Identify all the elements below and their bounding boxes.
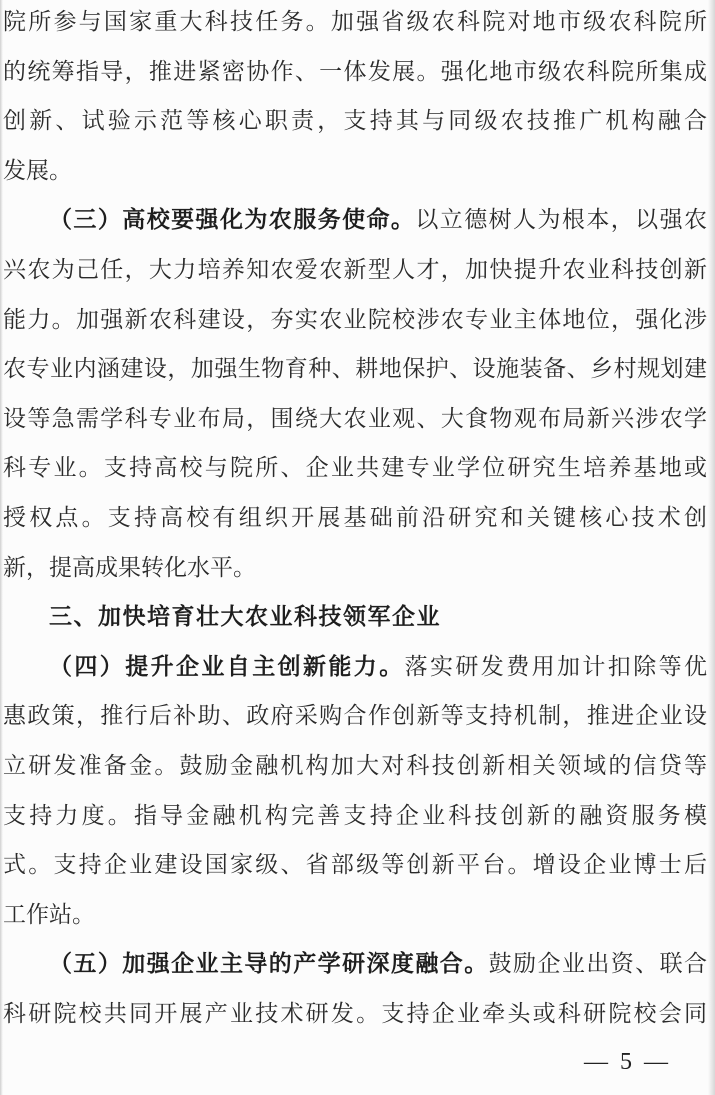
text-line: 惠政策，推行后补助、政府采购合作创新等支持机制，推进企业设 xyxy=(3,691,707,741)
text-line: 立研发准备金。鼓励金融机构加大对科技创新相关领域的信贷等 xyxy=(3,741,707,791)
body-text: 惠政策，推行后补助、政府采购合作创新等支持机制，推进企业设 xyxy=(3,703,707,728)
text-line: 兴农为己任，大力培养知农爱农新型人才，加快提升农业科技创新 xyxy=(3,245,707,295)
body-text: 立研发准备金。鼓励金融机构加大对科技创新相关领域的信贷等 xyxy=(3,753,707,778)
document-body: 院所参与国家重大科技任务。加强省级农科院对地市级农科院所的统筹指导，推进紧密协作… xyxy=(3,0,707,1038)
body-text: 支持力度。指导金融机构完善支持企业科技创新的融资服务模 xyxy=(3,803,707,828)
body-text: 落实研发费用加计扣除等优 xyxy=(405,654,707,679)
bold-lead-text: （三）高校要强化为农服务使命。 xyxy=(49,206,415,232)
text-line: （四）提升企业自主创新能力。落实研发费用加计扣除等优 xyxy=(3,642,707,692)
bold-lead-text: （五）加强企业主导的产学研深度融合。 xyxy=(49,950,489,976)
body-text: 的统筹指导，推进紧密协作、一体发展。强化地市级农科院所集成 xyxy=(3,59,707,84)
text-line: 设等急需学科专业布局，围绕大农业观、大食物观布局新兴涉农学 xyxy=(3,394,707,444)
text-line: 能力。加强新农科建设，夯实农业院校涉农专业主体地位，强化涉 xyxy=(3,295,707,345)
text-line: 新，提高成果转化水平。 xyxy=(3,543,707,593)
body-text: 工作站。 xyxy=(3,902,95,927)
body-text: 科研院校共同开展产业技术研发。支持企业牵头或科研院校会同 xyxy=(3,1001,707,1026)
body-text: 创新、试验示范等核心职责，支持其与同级农技推广机构融合 xyxy=(3,108,707,133)
body-text: 能力。加强新农科建设，夯实农业院校涉农专业主体地位，强化涉 xyxy=(3,307,707,332)
text-line: 科专业。支持高校与院所、企业共建专业学位研究生培养基地或 xyxy=(3,443,707,493)
body-text: 设等急需学科专业布局，围绕大农业观、大食物观布局新兴涉农学 xyxy=(3,406,707,431)
text-line: （五）加强企业主导的产学研深度融合。鼓励企业出资、联合 xyxy=(3,939,707,989)
text-line: 创新、试验示范等核心职责，支持其与同级农技推广机构融合 xyxy=(3,96,707,146)
text-line: 科研院校共同开展产业技术研发。支持企业牵头或科研院校会同 xyxy=(3,989,707,1039)
text-line: 授权点。支持高校有组织开展基础前沿研究和关键核心技术创 xyxy=(3,493,707,543)
text-line: 支持力度。指导金融机构完善支持企业科技创新的融资服务模 xyxy=(3,791,707,841)
bold-lead-text: 三、加快培育壮大农业科技领军企业 xyxy=(49,603,441,629)
body-text: 以立德树人为根本，以强农 xyxy=(415,207,707,232)
body-text: 式。支持企业建设国家级、省部级等创新平台。增设企业博士后 xyxy=(3,852,707,877)
text-line: 农专业内涵建设，加强生物育种、耕地保护、设施装备、乡村规划建 xyxy=(3,344,707,394)
bold-lead-text: （四）提升企业自主创新能力。 xyxy=(49,653,405,679)
body-text: 农专业内涵建设，加强生物育种、耕地保护、设施装备、乡村规划建 xyxy=(3,356,707,381)
body-text: 科专业。支持高校与院所、企业共建专业学位研究生培养基地或 xyxy=(3,455,707,480)
text-line: 式。支持企业建设国家级、省部级等创新平台。增设企业博士后 xyxy=(3,840,707,890)
page-right-edge-shadow xyxy=(708,0,715,1095)
page-number: — 5 — xyxy=(584,1047,671,1077)
text-line: 院所参与国家重大科技任务。加强省级农科院对地市级农科院所 xyxy=(3,0,707,47)
body-text: 新，提高成果转化水平。 xyxy=(3,555,256,580)
body-text: 鼓励企业出资、联合 xyxy=(489,951,707,976)
section-heading: 三、加快培育壮大农业科技领军企业 xyxy=(3,592,707,642)
body-text: 兴农为己任，大力培养知农爱农新型人才，加快提升农业科技创新 xyxy=(3,257,707,282)
text-line: （三）高校要强化为农服务使命。以立德树人为根本，以强农 xyxy=(3,195,707,245)
text-line: 的统筹指导，推进紧密协作、一体发展。强化地市级农科院所集成 xyxy=(3,47,707,97)
document-page: 院所参与国家重大科技任务。加强省级农科院对地市级农科院所的统筹指导，推进紧密协作… xyxy=(0,0,715,1095)
text-line: 发展。 xyxy=(3,146,707,196)
body-text: 院所参与国家重大科技任务。加强省级农科院对地市级农科院所 xyxy=(3,9,707,34)
body-text: 授权点。支持高校有组织开展基础前沿研究和关键核心技术创 xyxy=(3,505,707,530)
text-line: 工作站。 xyxy=(3,890,707,940)
body-text: 发展。 xyxy=(3,158,72,183)
